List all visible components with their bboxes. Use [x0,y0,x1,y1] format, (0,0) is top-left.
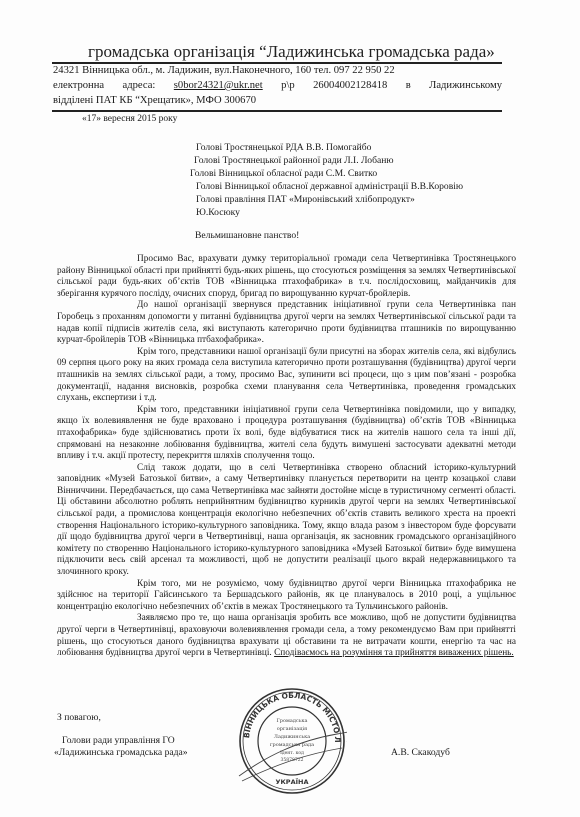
letter-body: Просимо Вас, врахувати думку територіаль… [57,254,516,660]
closing-sentence: Сподіваємось на розуміння та прийняття в… [274,648,514,658]
addressee: Голові Вінницької обласної державної адм… [196,181,463,192]
signer-name: А.В. Скакодуб [391,747,450,758]
bank-line: відділені ПАТ КБ “Хрещатик», МФО 300670 [53,95,256,106]
contact-line: електронна адреса: s0bor24321@ukr.net р\… [53,80,502,91]
email-link[interactable]: s0bor24321@ukr.net [174,80,263,91]
addressee: Ю.Косюку [196,207,240,218]
official-stamp-icon: ВІННИЦЬКА ОБЛАСТЬ МІСТО ЛАДИЖИН УКРАЇНА … [237,686,347,796]
paragraph: Крім того, представники ініціативної гру… [57,405,516,463]
paragraph: До нашої організації звернувся представн… [57,300,516,346]
paragraph: Крім того, ми не розуміємо, чому будівни… [57,579,516,614]
email-label: електронна адреса: [53,80,155,91]
paragraph: Просимо Вас, врахувати думку територіаль… [57,254,516,300]
signer-title-line2: «Ладижинська громадська рада» [54,747,188,758]
svg-text:Ладижинська: Ладижинська [274,734,310,740]
paragraph: Заявляємо про те, що наша організація зр… [57,613,516,659]
closing: З повагою, [57,712,101,723]
svg-text:Громадська: Громадська [276,718,307,724]
svg-text:організація: організація [277,726,307,732]
salutation: Вельмишановне панство! [195,230,299,241]
header-rule-bottom [52,110,502,112]
paragraph: Крім того, представники нашої організаці… [57,347,516,405]
svg-text:УКРАЇНА: УКРАЇНА [275,777,308,786]
addressee: Голові Тростянецької РДА В.В. Помогайбо [196,142,371,153]
letter-date: «17» вересня 2015 року [82,114,177,124]
paragraph: Слід також додати, що в селі Четвертинів… [57,463,516,579]
addressee: Голові Тростянецької районної ради Л.І. … [194,155,394,166]
addressee: Голові правління ПАТ «Миронівський хлібо… [196,194,415,205]
address-line: 24321 Вінницька обл., м. Ладижин, вул.На… [53,65,395,76]
svg-text:Ідент. код: Ідент. код [280,750,304,756]
signer-title-line1: Голови ради управління ГО [62,735,175,746]
addressee: Голові Вінницької обласної ради С.М. Сви… [190,168,377,179]
account-text: р\р 26004002128418 в Ладижинському [281,80,502,91]
header-rule-top [52,62,502,64]
organization-title: громадська організація “Ладижинська гром… [88,42,495,62]
